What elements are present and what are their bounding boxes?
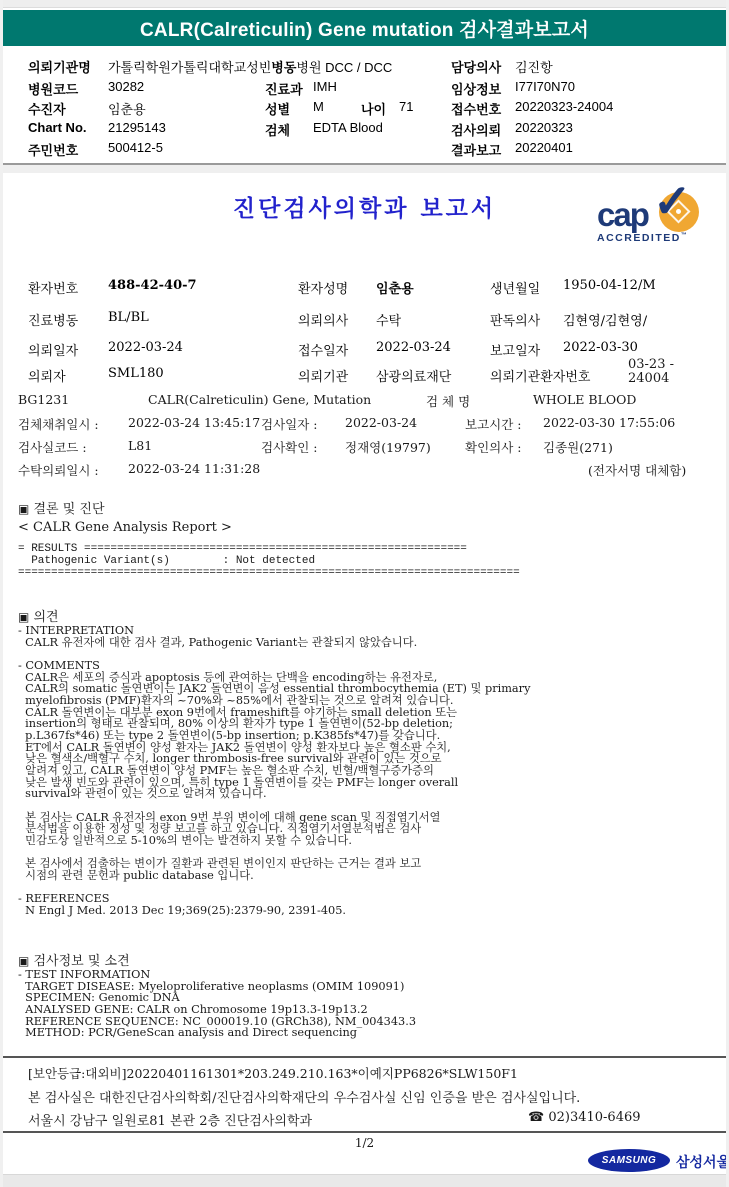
lab-code-label: 검사실코드 :: [18, 438, 87, 456]
cap-accredited-logo: cap ✓ ACCREDITED™: [597, 192, 717, 248]
opinion-section-header: ▣ 의견: [18, 606, 59, 625]
results-block: = RESULTS ==============================…: [18, 543, 520, 579]
test-date-value: 2022-03-24: [345, 415, 417, 430]
specimen-name-value: WHOLE BLOOD: [533, 392, 636, 407]
age-label: 나이: [361, 99, 386, 118]
sex-label: 성별: [265, 99, 290, 118]
request-date-label: 의뢰일자: [28, 340, 78, 359]
esign-note: (전자서명 대체함): [588, 461, 686, 479]
test-request-label: 검사의뢰: [451, 120, 501, 139]
lab-code-value: L81: [128, 438, 152, 453]
section-bullet-icon: ▣: [18, 954, 29, 968]
birth-label: 생년월일: [490, 278, 540, 297]
patient-no-value: 488-42-40-7: [108, 278, 197, 293]
chart-no-label: Chart No.: [28, 120, 87, 135]
ref-doctor-value: 수탁: [376, 310, 401, 329]
samsung-logo-icon: SAMSUNG: [588, 1149, 670, 1172]
patient-name-value: 임춘용: [376, 278, 414, 297]
patient-label: 수진자: [28, 99, 66, 118]
top-strip: [0, 0, 729, 8]
bottom-strip: [0, 1174, 729, 1187]
test-info-section-header: ▣ 검사정보 및 소견: [18, 950, 130, 969]
title-bar: CALR(Calreticulin) Gene mutation 검사결과보고서: [3, 10, 726, 46]
ref-doctor-label: 의뢰의사: [298, 310, 348, 329]
phone-line: ☎ 02)3410-6469: [528, 1110, 641, 1125]
doctor-value: 김진항: [515, 57, 553, 76]
test-request-value: 20220323: [515, 120, 573, 135]
verified-value: 정재영(19797): [345, 438, 431, 456]
ref-org-patient-no-value: 03-23 - 24004: [628, 358, 674, 386]
result-report-label: 결과보고: [451, 140, 501, 159]
ref-org-label: 의뢰기관: [298, 366, 348, 385]
patient-no-label: 환자번호: [28, 278, 78, 297]
certification-line: 본 검사실은 대한진단검사의학회/진단검사의학재단의 우수검사실 신임 인증을 …: [28, 1087, 580, 1106]
report-date-label: 보고일자: [490, 340, 540, 359]
specimen-label: 검체: [265, 120, 290, 139]
hospital-code-value: 30282: [108, 79, 144, 94]
report-page: CALR(Calreticulin) Gene mutation 검사결과보고서…: [0, 0, 729, 1187]
divider-strip: [0, 165, 729, 173]
security-line: [보안등급:대외비]20220401161301*203.249.210.163…: [28, 1064, 518, 1082]
review-doctor-value: 김현영/김현영/: [563, 310, 647, 329]
opinion-block: - INTERPRETATION CALR 유전자에 대한 검사 결과, Pat…: [18, 625, 530, 916]
org-value: 가톨릭학원가톨릭대학교성빈병동병원 DCC / DCC: [108, 57, 392, 76]
section-bullet-icon: ▣: [18, 610, 29, 624]
checkmark-icon: ✓: [653, 178, 692, 224]
receipt-no-label: 접수번호: [451, 99, 501, 118]
org-label: 의뢰기관명: [28, 57, 91, 76]
chart-no-value: 21295143: [108, 120, 166, 135]
hospital-code-label: 병원코드: [28, 79, 78, 98]
consign-label: 수탁의뢰일시 :: [18, 461, 99, 479]
confirm-doctor-value: 김종원(271): [543, 438, 613, 456]
patient-name-label: 환자성명: [298, 278, 348, 297]
collected-label: 검체채취일시 :: [18, 415, 99, 433]
review-doctor-label: 판독의사: [490, 310, 540, 329]
care-ward-label: 진료병동: [28, 310, 78, 329]
page-title: CALR(Calreticulin) Gene mutation 검사결과보고서: [140, 15, 589, 42]
requester-label: 의뢰자: [28, 366, 66, 385]
requester-value: SML180: [108, 366, 164, 381]
receipt-no-value: 20220323-24004: [515, 99, 613, 114]
dept-value: IMH: [313, 79, 337, 94]
report-time-value: 2022-03-30 17:55:06: [543, 415, 675, 430]
receipt-date-label: 접수일자: [298, 340, 348, 359]
conclusion-section-header: ▣ 결론 및 진단: [18, 498, 105, 517]
result-report-value: 20220401: [515, 140, 573, 155]
ward-value: DCC / DCC: [325, 60, 392, 75]
confirm-doctor-label: 확인의사 :: [465, 438, 522, 456]
clinical-value: I77I70N70: [515, 79, 575, 94]
test-date-label: 검사일자 :: [261, 415, 318, 433]
doctor-label: 담당의사: [451, 57, 501, 76]
consign-value: 2022-03-24 11:31:28: [128, 461, 260, 476]
dept-label: 진료과: [265, 79, 303, 98]
specimen-name-label: 검 체 명: [426, 392, 470, 410]
ref-org-value: 삼광의료재단: [376, 366, 451, 385]
resident-no-label: 주민번호: [28, 140, 78, 159]
test-meta: BG1231 CALR(Calreticulin) Gene, Mutation…: [3, 390, 726, 485]
specimen-value: EDTA Blood: [313, 120, 383, 135]
collected-value: 2022-03-24 13:45:17: [128, 415, 260, 430]
section-bullet-icon: ▣: [18, 502, 29, 516]
report-date-value: 2022-03-30: [563, 340, 638, 355]
test-info-block: - TEST INFORMATION TARGET DISEASE: Myelo…: [18, 969, 416, 1039]
test-name: CALR(Calreticulin) Gene, Mutation: [148, 392, 371, 407]
phone-number: 02)3410-6469: [548, 1110, 640, 1125]
sex-value: M: [313, 99, 324, 114]
age-value: 71: [399, 99, 413, 114]
test-code: BG1231: [18, 392, 69, 407]
care-ward-value: BL/BL: [108, 310, 149, 325]
footer-rule-top: [0, 1056, 729, 1058]
clinical-label: 임상정보: [451, 79, 501, 98]
birth-value: 1950-04-12/M: [563, 278, 656, 293]
address-line: 서울시 강남구 일원로81 본관 2층 진단검사의학과: [28, 1110, 312, 1129]
receipt-date-value: 2022-03-24: [376, 340, 451, 355]
resident-no-value: 500412-5: [108, 140, 163, 155]
hospital-logo: SAMSUNG 삼성서울병원: [588, 1148, 723, 1174]
hospital-name: 삼성서울병원: [676, 1152, 729, 1172]
header-info: 의뢰기관명 가톨릭학원가톨릭대학교성빈병동병원 DCC / DCC 담당의사 김…: [3, 55, 726, 160]
cap-logo-text: cap: [597, 196, 648, 234]
report-time-label: 보고시간 :: [465, 415, 522, 433]
phone-icon: ☎: [528, 1110, 544, 1125]
request-date-value: 2022-03-24: [108, 340, 183, 355]
cap-accredited-text: ACCREDITED™: [597, 232, 687, 244]
patient-value: 임춘용: [108, 99, 146, 118]
ward-label: 병동: [271, 60, 296, 75]
patient-info-grid: 환자번호 488-42-40-7 환자성명 임춘용 생년월일 1950-04-1…: [3, 270, 726, 390]
analysis-report-header: < CALR Gene Analysis Report >: [18, 520, 232, 535]
verified-label: 검사확인 :: [261, 438, 318, 456]
ref-org-patient-no-label: 의뢰기관환자번호: [490, 366, 590, 385]
footer-rule-bottom: [0, 1131, 729, 1133]
